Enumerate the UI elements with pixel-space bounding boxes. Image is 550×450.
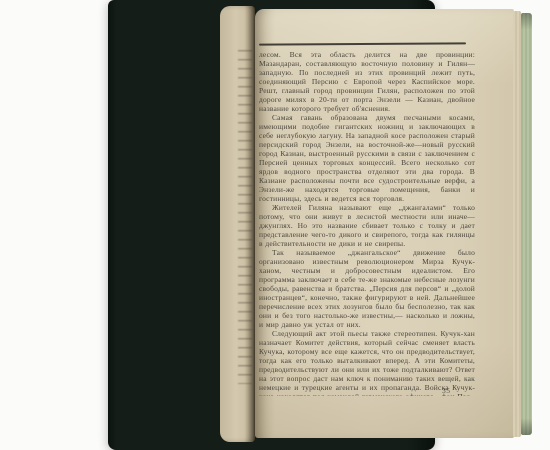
paragraph-harbour: Самая гавань образована двумя песчаными … (259, 113, 475, 203)
photo-background: лесом. Вся эта область делится на две пр… (0, 0, 550, 450)
left-page-text-fragments (238, 50, 252, 384)
page-text: лесом. Вся эта область делится на две пр… (259, 50, 475, 396)
page-edge-stack-light (513, 11, 521, 437)
book-page: лесом. Вся эта область делится на две пр… (255, 9, 514, 438)
page-edge-stack-green (521, 13, 532, 435)
header-rule (259, 42, 466, 45)
page-number: 35 (442, 386, 451, 395)
paragraph-continuation: лесом. Вся эта область делится на две пр… (259, 50, 475, 113)
book-cover: лесом. Вся эта область делится на две пр… (108, 0, 435, 450)
paragraph-jangals: Жителей Гиляна называют еще „джангалами“… (259, 203, 475, 248)
left-page-edge (220, 6, 255, 442)
paragraph-movement: Так называемое „джангальское“ движение б… (259, 248, 475, 329)
